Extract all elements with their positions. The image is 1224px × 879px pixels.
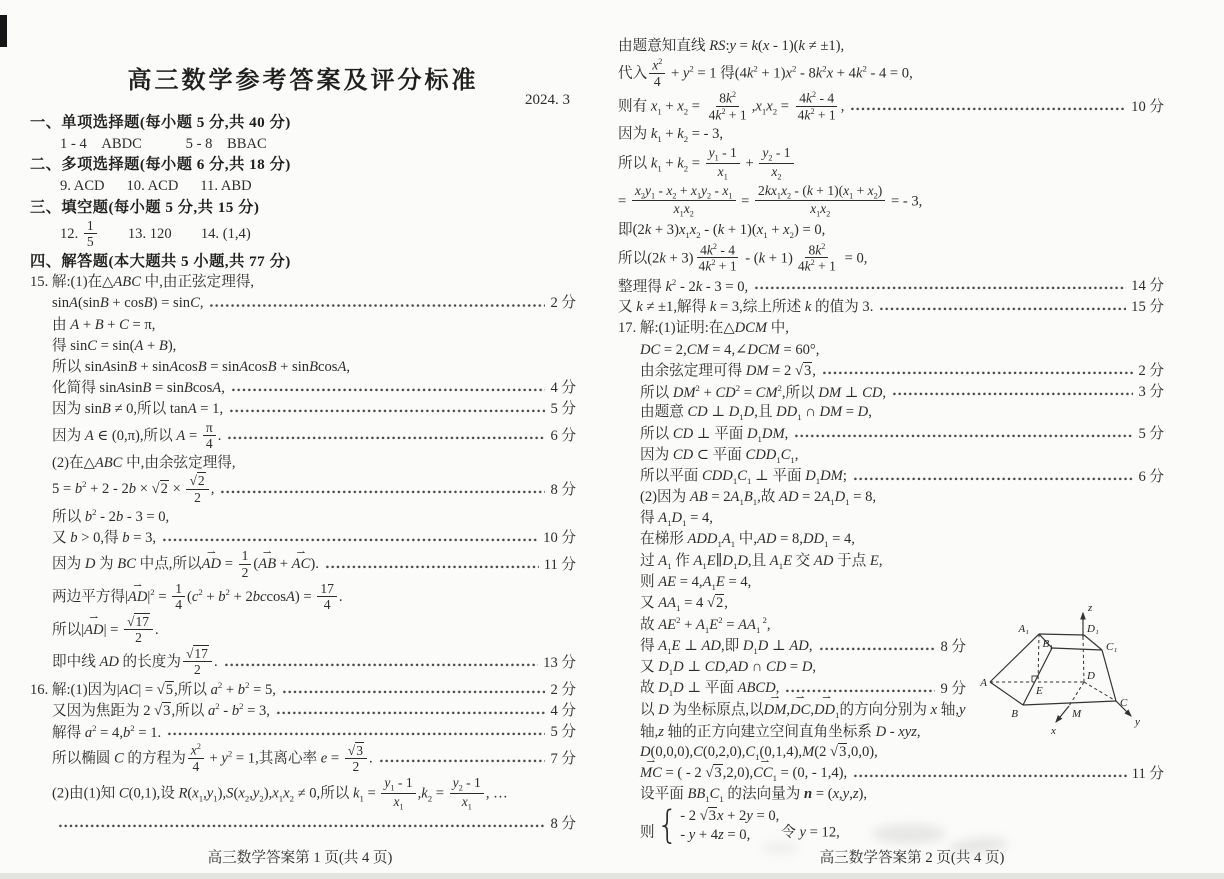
answer-line: (2)在△ABC 中,由余弦定理得, — [30, 453, 576, 474]
line-text: 得 A1E ⊥ AD,即 D1D ⊥ AD, — [640, 637, 813, 657]
score-mark: 14 分 — [1131, 277, 1164, 295]
answer-line: 所以椭圆 C 的方程为x24 + y2 = 1,其离心率 e = √32.7 分 — [30, 743, 576, 776]
line-text: 整理得 k2 - 2k - 3 = 0, — [618, 277, 748, 296]
answer-line: (2)由(1)知 C(0,1),设 R(x1,y1),S(x2,y2),x1x2… — [30, 776, 576, 814]
dotted-leader — [785, 681, 935, 697]
score-mark: 10 分 — [1131, 98, 1164, 116]
line-text: 过 A1 作 A1E∥D1D,且 A1E 交 AD 于点 E, — [640, 552, 882, 572]
label-M: M — [1071, 708, 1082, 720]
answer-line: 因为 CD ⊂ 平面 CDD1C1, — [618, 445, 1164, 466]
label-A1: A₁ — [1017, 623, 1029, 635]
answer-line: 所以 DM2 + CD2 = CM2,所以 DM ⊥ CD,3 分 — [618, 381, 1164, 402]
label-C: C — [1120, 697, 1128, 709]
line-text: 所以平面 CDD1C1 ⊥ 平面 D1DM; — [640, 467, 847, 487]
footer-page-2: 高三数学答案第 2 页(共 4 页) — [672, 846, 1152, 867]
line-text: 所以 sinAsinB + sinAcosB = sinAcosB + sinB… — [52, 358, 350, 376]
dotted-leader — [209, 295, 545, 311]
solid-edges — [990, 634, 1116, 705]
answer-line: sinA(sinB + cosB) = sinC,2 分 — [30, 293, 576, 314]
answer-line: 所以 k1 + k2 = y1 - 1x1 + y2 - 1x2 — [618, 145, 1164, 183]
answer-line: 由余弦定理可得 DM = 2 √3,2 分 — [618, 360, 1164, 381]
answer-line: 8 分 — [30, 814, 576, 835]
right-column-top: 由题意知直线 RS:y = k(x - 1)(k ≠ ±1),代入x24 + y… — [618, 36, 1164, 593]
line-text: 一、单项选择题(每小题 5 分,共 40 分) — [30, 113, 291, 132]
line-text: 因为 CD ⊂ 平面 CDD1C1, — [640, 446, 798, 466]
line-text: D(0,0,0),C(0,2,0),C1(0,1,4),M(2 √3,0,0), — [640, 743, 878, 763]
page-title: 高三数学参考答案及评分标准 — [30, 60, 576, 95]
line-text: 12. 15 13. 120 14. (1,4) — [60, 219, 251, 250]
answer-line: 即中线 AD 的长度为√172.13 分 — [30, 647, 576, 680]
answer-line: 在梯形 ADD1A1 中,AD = 8,DD1 = 4, — [618, 530, 1164, 551]
frustum-diagram: A₁ D₁ B₁ C₁ A E D B M C x y z — [974, 595, 1164, 745]
answer-line: 得 sinC = sin(A + B), — [30, 335, 576, 356]
line-text: 又 D1D ⊥ CD,AD ∩ CD = D, — [640, 658, 816, 678]
score-mark: 5 分 — [550, 723, 576, 741]
score-mark: 8 分 — [550, 481, 576, 499]
answer-line: 因为 D 为 BC 中点,所以AD = 12(AB + AC).11 分 — [30, 549, 576, 582]
line-text: 所以 b2 - 2b - 3 = 0, — [52, 507, 169, 526]
dotted-leader — [231, 380, 546, 396]
answer-line: 两边平方得|AD|2 = 14(c2 + b2 + 2bccosA) = 174… — [30, 581, 576, 614]
answer-line: 又因为焦距为 2 √3,所以 a2 - b2 = 3,4 分 — [30, 700, 576, 721]
label-B1: B₁ — [1042, 638, 1053, 650]
score-mark: 13 分 — [543, 654, 576, 672]
line-text: 由题意 CD ⊥ D1D,且 DD1 ∩ DM = D, — [640, 403, 872, 423]
answer-line: 因为 k1 + k2 = - 3, — [618, 124, 1164, 145]
answer-line: 过 A1 作 A1E∥D1D,且 A1E 交 AD 于点 E, — [618, 551, 1164, 572]
answer-line: 所以 b2 - 2b - 3 = 0, — [30, 506, 576, 527]
section-heading: 一、单项选择题(每小题 5 分,共 40 分) — [30, 112, 576, 133]
dotted-leader — [58, 816, 545, 832]
dotted-leader — [162, 530, 538, 546]
x-axis — [1056, 706, 1069, 722]
line-text: 故 D1D ⊥ 平面 ABCD, — [640, 679, 779, 699]
line-text: 9. ACD 10. ACD 11. ABD — [60, 177, 252, 195]
answer-line: 所以(2k + 3)4k2 - 44k2 + 1 - (k + 1)8k24k2… — [618, 242, 1164, 276]
answer-line: 又 D1D ⊥ CD,AD ∩ CD = D, — [618, 658, 966, 679]
answer-line: 由题意知直线 RS:y = k(x - 1)(k ≠ ±1), — [618, 36, 1164, 57]
score-mark: 4 分 — [550, 379, 576, 397]
score-mark: 9 分 — [940, 680, 966, 698]
score-mark: 8 分 — [940, 638, 966, 656]
line-text: 由余弦定理可得 DM = 2 √3, — [640, 362, 816, 380]
dotted-leader — [892, 384, 1133, 400]
score-mark: 7 分 — [550, 750, 576, 768]
answer-line: D(0,0,0),C(0,2,0),C1(0,1,4),M(2 √3,0,0), — [618, 742, 966, 763]
line-text: = x2y1 - x2 + x1y2 - x1x1x2 = 2kx1x2 - (… — [618, 184, 922, 221]
line-text: 得 sinC = sin(A + B), — [52, 337, 176, 355]
dotted-leader — [167, 724, 545, 740]
score-mark: 11 分 — [1132, 765, 1164, 783]
line-text: 15. 解:(1)在△ABC 中,由正弦定理得, — [30, 273, 254, 291]
answer-line: 因为 sinB ≠ 0,所以 tanA = 1,5 分 — [30, 399, 576, 420]
line-text: 1 - 4 ABDC 5 - 8 BBAC — [60, 135, 267, 153]
right-column: 由题意知直线 RS:y = k(x - 1)(k ≠ ±1),代入x24 + y… — [618, 36, 1164, 845]
answer-line: 17. 解:(1)证明:在△DCM 中, — [618, 318, 1164, 339]
line-text: 所以(2k + 3)4k2 - 44k2 + 1 - (k + 1)8k24k2… — [618, 243, 867, 275]
label-B: B — [1011, 708, 1018, 720]
dotted-leader — [229, 401, 545, 417]
dotted-leader — [853, 766, 1127, 782]
answer-line: 则有 x1 + x2 = 8k24k2 + 1,x1x2 = 4k2 - 44k… — [618, 90, 1164, 124]
line-text: 因为 A ∈ (0,π),所以 A = π4. — [52, 421, 221, 452]
exam-date: 2024. 3 — [30, 92, 570, 109]
score-mark: 10 分 — [543, 529, 576, 547]
answer-line: 则 AE = 4,A1E = 4, — [618, 572, 1164, 593]
line-text: 因为 k1 + k2 = - 3, — [618, 125, 723, 145]
dotted-leader — [227, 428, 545, 444]
line-text: 所以椭圆 C 的方程为x24 + y2 = 1,其离心率 e = √32. — [52, 743, 373, 775]
line-text: 二、多项选择题(每小题 6 分,共 18 分) — [30, 155, 291, 174]
answer-line: 因为 A ∈ (0,π),所以 A = π4.6 分 — [30, 420, 576, 453]
score-mark: 11 分 — [544, 556, 576, 574]
answer-line: 代入x24 + y2 = 1 得(4k2 + 1)x2 - 8k2x + 4k2… — [618, 57, 1164, 90]
answer-line: 由 A + B + C = π, — [30, 314, 576, 335]
line-text: 即(2k + 3)x1x2 - (k + 1)(x1 + x2) = 0, — [618, 221, 825, 241]
answer-line: = x2y1 - x2 + x1y2 - x1x1x2 = 2kx1x2 - (… — [618, 183, 1164, 221]
line-text: 解得 a2 = 4,b2 = 1. — [52, 723, 161, 742]
answer-line: 解得 a2 = 4,b2 = 1.5 分 — [30, 722, 576, 743]
line-text: 得 A1D1 = 4, — [640, 509, 713, 529]
line-text: 在梯形 ADD1A1 中,AD = 8,DD1 = 4, — [640, 530, 855, 550]
line-text: 代入x24 + y2 = 1 得(4k2 + 1)x2 - 8k2x + 4k2… — [618, 58, 913, 90]
scan-smudge — [872, 824, 946, 844]
dotted-leader — [822, 363, 1134, 379]
label-y-axis: y — [1134, 716, 1140, 728]
score-mark: 6 分 — [1138, 468, 1164, 486]
score-mark: 3 分 — [1138, 383, 1164, 401]
score-mark: 6 分 — [550, 427, 576, 445]
answer-line: 即(2k + 3)x1x2 - (k + 1)(x1 + x2) = 0, — [618, 221, 1164, 242]
dotted-leader — [379, 751, 546, 767]
label-x-axis: x — [1050, 725, 1056, 737]
line-text: 由题意知直线 RS:y = k(x - 1)(k ≠ ±1), — [618, 37, 844, 55]
line-text: 则 AE = 4,A1E = 4, — [640, 573, 751, 593]
line-text: 由 A + B + C = π, — [52, 316, 155, 334]
score-mark: 2 分 — [1138, 362, 1164, 380]
line-text: 又 k ≠ ±1,解得 k = 3,综上所述 k 的值为 3. — [618, 298, 873, 316]
line-text: 所以 k1 + k2 = y1 - 1x1 + y2 - 1x2 — [618, 146, 796, 183]
dotted-leader — [754, 278, 1126, 294]
label-z-axis: z — [1087, 602, 1093, 614]
answer-line: 得 A1E ⊥ AD,即 D1D ⊥ AD,8 分 — [618, 636, 966, 657]
section-heading: 三、填空题(每小题 5 分,共 15 分) — [30, 197, 576, 218]
scan-edge-shadow — [0, 873, 1224, 879]
answer-line: (2)因为 AB = 2A1B1,故 AD = 2A1D1 = 8, — [618, 487, 1164, 508]
label-C1: C₁ — [1106, 641, 1117, 653]
line-text: 所以 CD ⊥ 平面 D1DM, — [640, 425, 788, 445]
line-text: (2)在△ABC 中,由余弦定理得, — [52, 454, 236, 472]
score-mark: 5 分 — [1138, 425, 1164, 443]
score-mark: 8 分 — [550, 815, 576, 833]
answer-line: 5 = b2 + 2 - 2b × √2 × √22,8 分 — [30, 474, 576, 507]
answer-line: 15. 解:(1)在△ABC 中,由正弦定理得, — [30, 272, 576, 293]
scan-artifact-corner — [0, 15, 7, 47]
answer-line: 由题意 CD ⊥ D1D,且 DD1 ∩ DM = D, — [618, 403, 1164, 424]
answer-line: 所以平面 CDD1C1 ⊥ 平面 D1DM;6 分 — [618, 466, 1164, 487]
score-mark: 5 分 — [550, 400, 576, 418]
answer-line: 9. ACD 10. ACD 11. ABD — [30, 176, 576, 197]
line-text: (2)由(1)知 C(0,1),设 R(x1,y1),S(x2,y2),x1x2… — [52, 776, 508, 813]
dotted-leader — [224, 655, 539, 671]
dotted-leader — [282, 682, 546, 698]
answer-line: 又 AA1 = 4 √2, — [618, 593, 966, 614]
answer-line: 故 AE2 + A1E2 = AA1 2, — [618, 615, 966, 637]
answer-line: 故 D1D ⊥ 平面 ABCD,9 分 — [618, 679, 966, 700]
answer-line: 以 D 为坐标原点,以DM,DC,DD1的方向分别为 x 轴,y — [618, 700, 966, 721]
line-text: 又因为焦距为 2 √3,所以 a2 - b2 = 3, — [52, 701, 270, 720]
line-text: MC = ( - 2 √3,2,0),CC1 = (0, - 1,4), — [640, 764, 847, 784]
line-text: 三、填空题(每小题 5 分,共 15 分) — [30, 198, 259, 217]
line-text: 化简得 sinAsinB = sinBcosA, — [52, 379, 225, 397]
answer-line: 化简得 sinAsinB = sinBcosA,4 分 — [30, 378, 576, 399]
score-mark: 2 分 — [550, 294, 576, 312]
line-text: 所以 DM2 + CD2 = CM2,所以 DM ⊥ CD, — [640, 383, 886, 402]
line-text: 5 = b2 + 2 - 2b × √2 × √22, — [52, 474, 214, 505]
line-text: 则有 x1 + x2 = 8k24k2 + 1,x1x2 = 4k2 - 44k… — [618, 91, 844, 123]
section-heading: 四、解答题(本大题共 5 小题,共 77 分) — [30, 251, 576, 272]
answer-line: 得 A1D1 = 4, — [618, 509, 1164, 530]
footer-page-1: 高三数学答案第 1 页(共 4 页) — [60, 846, 540, 867]
dotted-leader — [819, 639, 936, 655]
answer-line: 整理得 k2 - 2k - 3 = 0,14 分 — [618, 276, 1164, 297]
answer-line: 1 - 4 ABDC 5 - 8 BBAC — [30, 133, 576, 154]
line-text: sinA(sinB + cosB) = sinC, — [52, 294, 203, 312]
line-text: 则{ - 2 √3x + 2y = 0, - y + 4z = 0,令 y = … — [640, 807, 840, 844]
line-text: 又 b > 0,得 b = 3, — [52, 529, 156, 547]
score-mark: 4 分 — [550, 702, 576, 720]
label-D1: D₁ — [1086, 623, 1099, 635]
line-text: 因为 sinB ≠ 0,所以 tanA = 1, — [52, 400, 223, 418]
line-text: 两边平方得|AD|2 = 14(c2 + b2 + 2bccosA) = 174… — [52, 582, 343, 613]
answer-line: 又 k ≠ ±1,解得 k = 3,综上所述 k 的值为 3.15 分 — [618, 297, 1164, 318]
dotted-leader — [853, 469, 1134, 485]
line-text: 又 AA1 = 4 √2, — [640, 594, 728, 614]
answer-line: 所以 CD ⊥ 平面 D1DM,5 分 — [618, 424, 1164, 445]
answer-line: 设平面 BB1C1 的法向量为 n = (x,y,z), — [618, 785, 1164, 806]
dotted-leader — [325, 557, 539, 573]
line-text: 17. 解:(1)证明:在△DCM 中, — [618, 319, 789, 337]
label-D: D — [1086, 670, 1095, 682]
line-text: 以 D 为坐标原点,以DM,DC,DD1的方向分别为 x 轴,y — [640, 701, 966, 721]
answer-line: DC = 2,CM = 4,∠DCM = 60°, — [618, 339, 1164, 360]
answer-line: MC = ( - 2 √3,2,0),CC1 = (0, - 1,4),11 分 — [618, 764, 1164, 785]
line-text: DC = 2,CM = 4,∠DCM = 60°, — [640, 341, 819, 359]
score-mark: 2 分 — [550, 681, 576, 699]
solid-geometry-figure: A₁ D₁ B₁ C₁ A E D B M C x y z — [974, 595, 1164, 745]
answer-line: 所以|AD| = √172. — [30, 614, 576, 647]
answer-line: 12. 15 13. 120 14. (1,4) — [30, 218, 576, 251]
left-column: 一、单项选择题(每小题 5 分,共 40 分)1 - 4 ABDC 5 - 8 … — [30, 112, 576, 835]
line-text: 四、解答题(本大题共 5 小题,共 77 分) — [30, 252, 291, 271]
line-text: 轴,z 轴的正方向建立空间直角坐标系 D - xyz, — [640, 723, 921, 741]
scan-smudge — [760, 842, 800, 854]
line-text: 16. 解:(1)因为|AC| = √5,所以 a2 + b2 = 5, — [30, 680, 276, 699]
section-heading: 二、多项选择题(每小题 6 分,共 18 分) — [30, 154, 576, 175]
line-text: 因为 D 为 BC 中点,所以AD = 12(AB + AC). — [52, 549, 319, 580]
line-text: (2)因为 AB = 2A1B1,故 AD = 2A1D1 = 8, — [640, 488, 876, 508]
answer-line: 轴,z 轴的正方向建立空间直角坐标系 D - xyz, — [618, 721, 966, 742]
dotted-leader — [220, 482, 545, 498]
dotted-leader — [276, 703, 545, 719]
scanned-answer-sheet-page: 高三数学参考答案及评分标准 2024. 3 一、单项选择题(每小题 5 分,共 … — [0, 0, 1224, 879]
dotted-leader — [850, 99, 1126, 115]
left-column-lines: 一、单项选择题(每小题 5 分,共 40 分)1 - 4 ABDC 5 - 8 … — [30, 112, 576, 835]
dotted-leader — [879, 299, 1126, 315]
label-A: A — [979, 677, 987, 689]
line-text: 所以|AD| = √172. — [52, 615, 159, 646]
score-mark: 15 分 — [1131, 298, 1164, 316]
answer-line: 又 b > 0,得 b = 3,10 分 — [30, 528, 576, 549]
answer-line: 所以 sinAsinB + sinAcosB = sinAcosB + sinB… — [30, 356, 576, 377]
line-text: 即中线 AD 的长度为√172. — [52, 647, 218, 678]
label-E: E — [1035, 685, 1043, 697]
dotted-leader — [794, 426, 1133, 442]
answer-line: 16. 解:(1)因为|AC| = √5,所以 a2 + b2 = 5,2 分 — [30, 679, 576, 700]
line-text: 故 AE2 + A1E2 = AA1 2, — [640, 615, 771, 636]
